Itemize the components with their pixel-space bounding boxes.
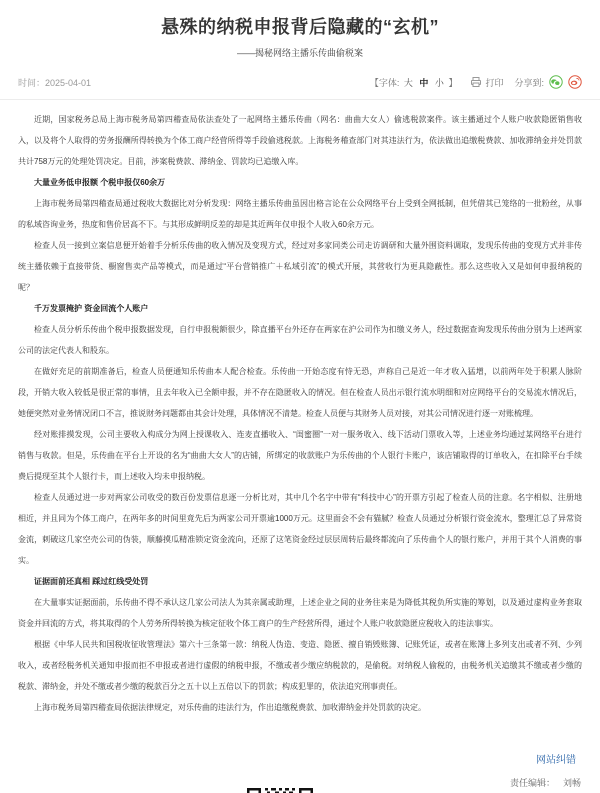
article-paragraph: 经对账排摸发现，公司主要收入构成分为网上授课收入、连麦直播收入、“闺蜜圈”一对一… — [18, 424, 582, 487]
article-paragraph: 在做好充足的前期准备后，检查人员便通知乐传曲本人配合检查。乐传曲一开始态度有恃无… — [18, 361, 582, 424]
time-value: 2025-04-01 — [45, 78, 91, 88]
article-paragraph: 上海市税务局第四稽查局依据法律规定，对乐传曲的违法行为，作出追缴税费款、加收滞纳… — [18, 697, 582, 718]
site-correction-link[interactable]: 网站纠错 — [536, 755, 576, 766]
article-page: 悬殊的纳税申报背后隐藏的“玄机” ——揭秘网络主播乐传曲偷税案 时间：2025-… — [0, 0, 600, 793]
font-size-control: 【字体: 大 中 小 】 — [370, 76, 458, 89]
font-size-large-button[interactable]: 大 — [404, 78, 413, 88]
page-subtitle: ——揭秘网络主播乐传曲偷税案 — [0, 46, 600, 59]
font-size-small-button[interactable]: 小 — [435, 78, 444, 88]
qrcode-image — [247, 787, 313, 793]
print-button[interactable]: 打印 — [470, 76, 503, 89]
weibo-share-icon[interactable] — [568, 75, 582, 89]
page-title: 悬殊的纳税申报背后隐藏的“玄机” — [0, 13, 600, 39]
correction-row: 网站纠错 — [0, 751, 600, 766]
article-header: 悬殊的纳税申报背后隐藏的“玄机” ——揭秘网络主播乐传曲偷税案 — [0, 0, 600, 59]
font-label-open: 【字体: — [370, 78, 400, 88]
article-paragraph: 乐传曲表示，已深刻认识到自己的行为给社会带来了负面影响，今后将引以为戒，时刻牢记… — [18, 718, 582, 721]
section-heading: 千万发票掩护 资金回流个人账户 — [18, 298, 582, 319]
meta-row: 时间：2025-04-01 【字体: 大 中 小 】 打印 分享到: — [0, 74, 600, 90]
meta-toolbar: 【字体: 大 中 小 】 打印 分享到: — [370, 75, 582, 89]
article-paragraph: 根据《中华人民共和国税收征收管理法》第六十三条第一款：纳税人伪造、变造、隐匿、擅… — [18, 634, 582, 697]
section-heading: 大量业务低申报额 个税申报仅60余万 — [18, 172, 582, 193]
printer-icon — [470, 76, 485, 88]
publish-time: 时间：2025-04-01 — [18, 76, 91, 89]
print-label: 打印 — [485, 76, 503, 89]
editor-label: 责任编辑： — [510, 778, 555, 788]
wechat-share-icon[interactable] — [549, 75, 563, 89]
article-paragraph: 上海市税务局第四稽查局通过税收大数据比对分析发现：网络主播乐传曲虽因出格言论在公… — [18, 193, 582, 235]
share-label: 分享到: — [514, 76, 544, 89]
font-size-medium-button[interactable]: 中 — [419, 78, 428, 88]
section-heading: 证据面前还真相 踩过红线受处罚 — [18, 571, 582, 592]
article-paragraph: 近期，国家税务总局上海市税务局第四稽查局依法查处了一起网络主播乐传曲（网名：曲曲… — [18, 109, 582, 172]
editor-name: 刘畅 — [563, 778, 581, 788]
article-body: 近期，国家税务总局上海市税务局第四稽查局依法查处了一起网络主播乐传曲（网名：曲曲… — [0, 100, 600, 721]
time-label: 时间： — [18, 78, 45, 88]
article-paragraph: 检查人员一接到立案信息便开始着手分析乐传曲的收入情况及变现方式，经过对多家同类公… — [18, 235, 582, 298]
font-label-close: 】 — [448, 78, 457, 88]
article-paragraph: 检查人员分析乐传曲个税申报数据发现，自行申报税额很少，除直播平台外还存在两家在沪… — [18, 319, 582, 361]
article-paragraph: 检查人员通过进一步对两家公司收受的数百份发票信息逐一分析比对，其中几个名字中带有… — [18, 487, 582, 571]
article-paragraph: 在大量事实证据面前，乐传曲不得不承认这几家公司法人为其亲属或助理，上述企业之间的… — [18, 592, 582, 634]
